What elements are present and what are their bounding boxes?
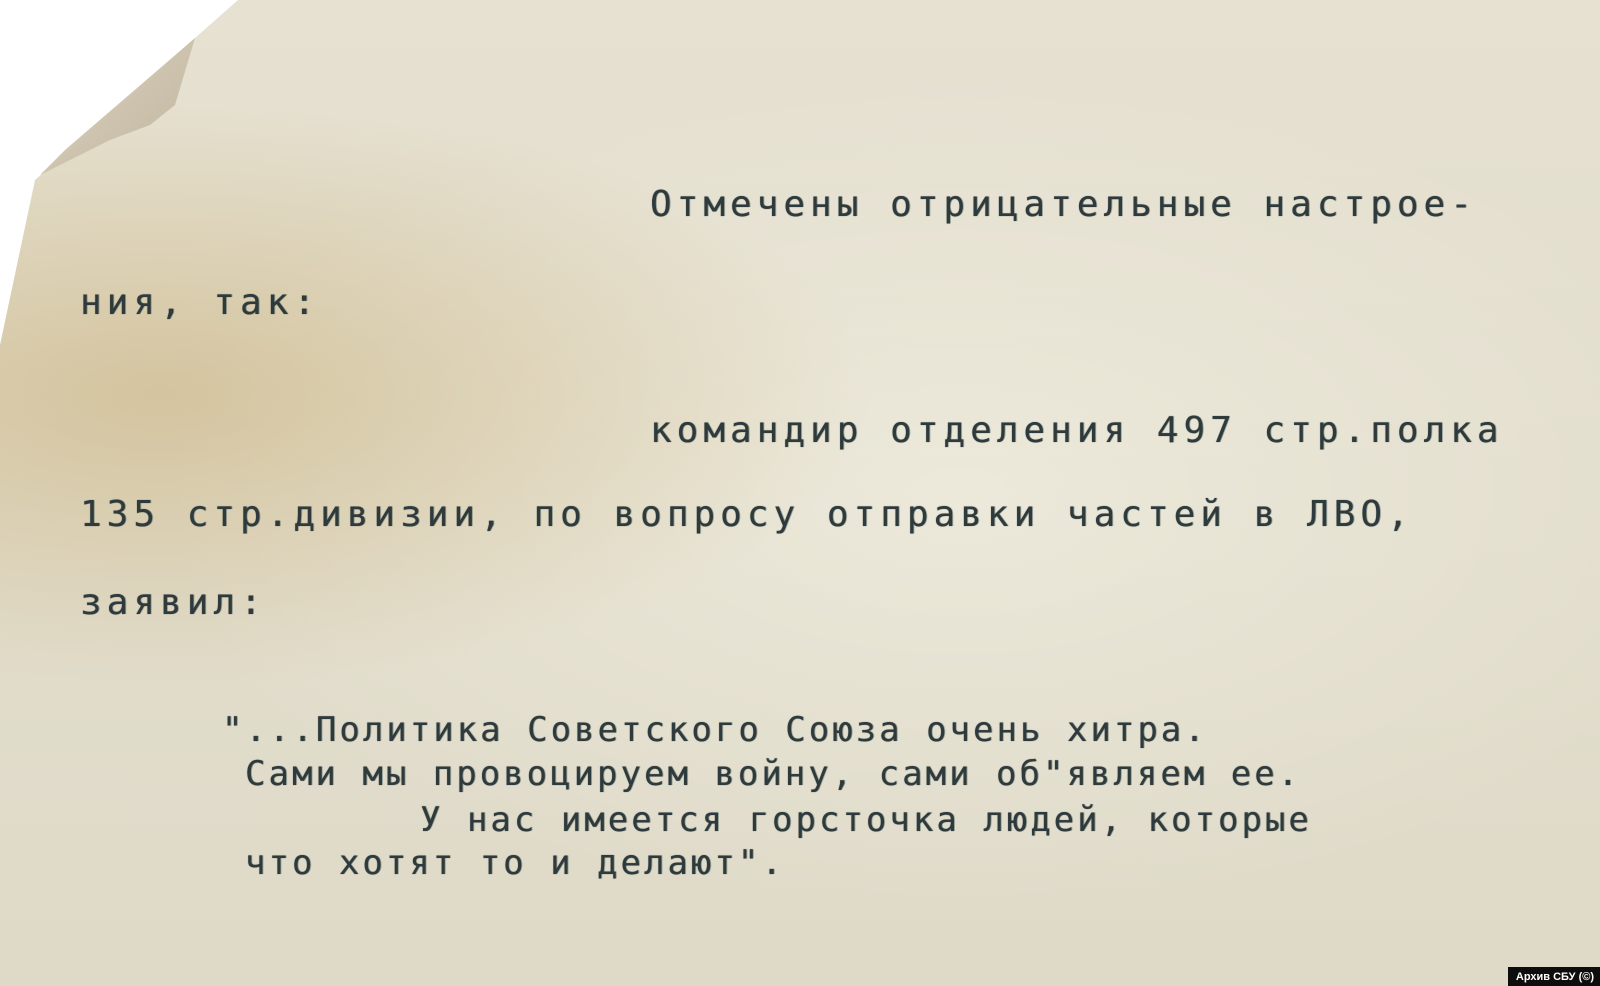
quote-line-2: Сами мы провоцируем войну, сами об"являе… <box>245 754 1301 794</box>
doc-line-4: 135 стр.дивизии, по вопросу отправки час… <box>80 494 1414 535</box>
quote-line-3: У нас имеется горсточка людей, которые <box>420 800 1312 840</box>
doc-line-1: Отмечены отрицательные настрое- <box>650 184 1477 225</box>
doc-line-3: командир отделения 497 стр.полка <box>650 410 1504 451</box>
doc-line-5: заявил: <box>80 582 267 623</box>
doc-line-2: ния, так: <box>80 282 320 323</box>
archive-credit: Архив СБУ (©) <box>1508 967 1600 986</box>
quote-line-1: "...Политика Советского Союза очень хитр… <box>222 710 1208 750</box>
quote-line-4: что хотят то и делают". <box>245 843 785 883</box>
